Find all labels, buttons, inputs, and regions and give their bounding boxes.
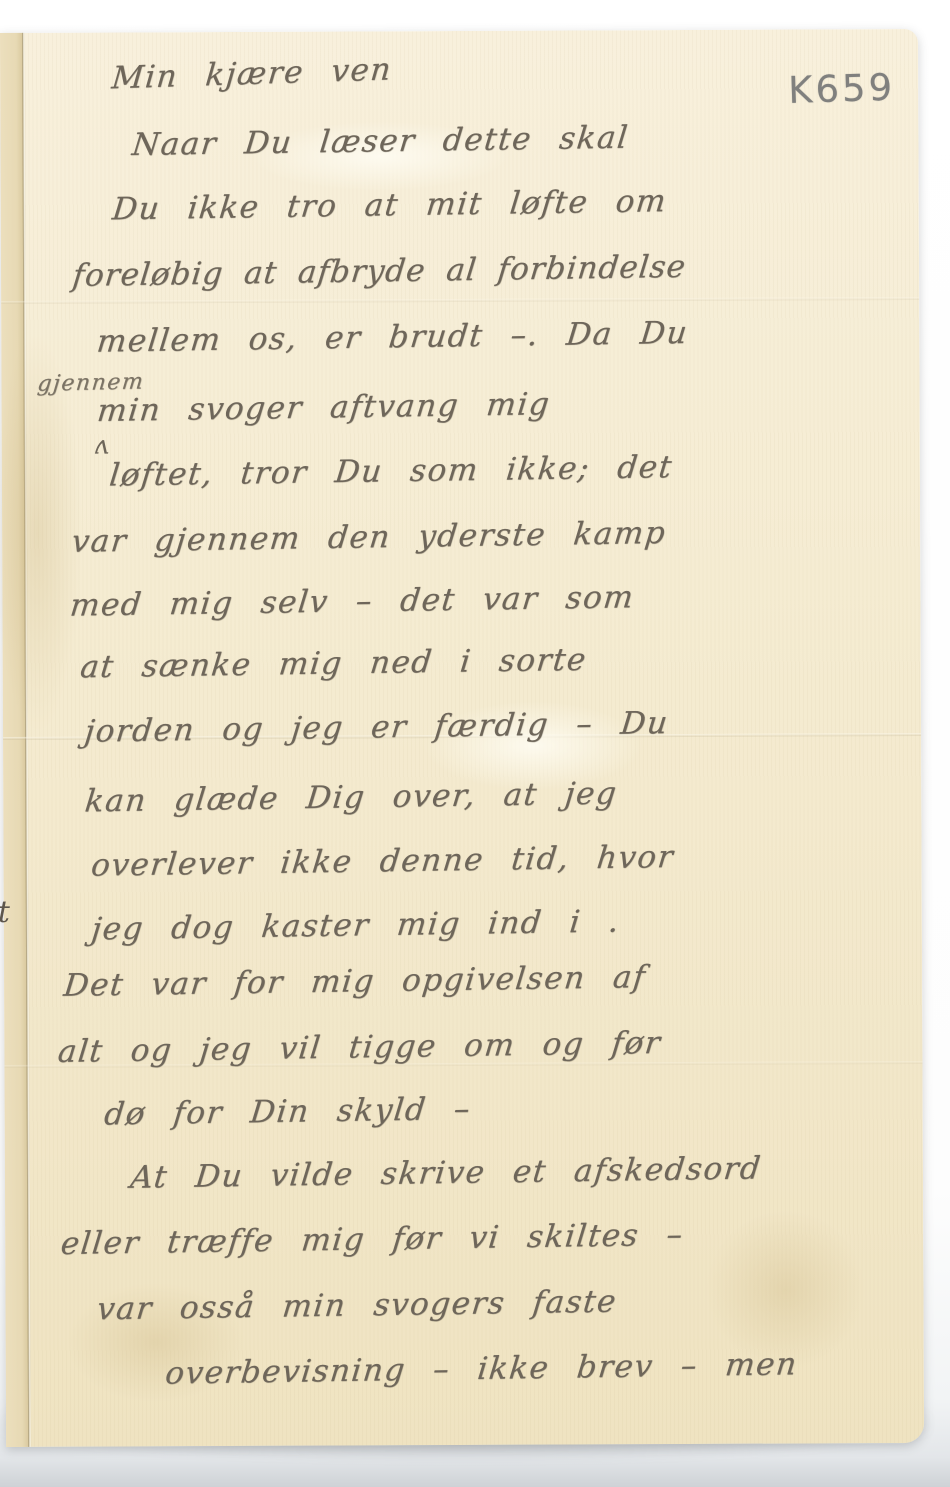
handwritten-line: mellem os, er brudt –. Da Du <box>95 315 690 360</box>
insertion-caret: ʌ <box>94 431 109 461</box>
handwritten-line: var gjennem den yderste kamp <box>70 515 668 560</box>
handwritten-line: overbevisning – ikke brev – men <box>164 1346 800 1391</box>
handwritten-line: At Du vilde skrive et afskedsord <box>129 1150 764 1195</box>
scanner-background: K659 Min kjære ven Naar Du læser dette s… <box>0 0 950 1487</box>
left-edge-mark: t <box>0 895 10 930</box>
handwritten-line: kan glæde Dig over, at jeg <box>83 776 619 820</box>
handwritten-line: Det var for mig opgivelsen af <box>62 959 648 1004</box>
handwritten-line: eller træffe mig før vi skiltes – <box>59 1217 686 1262</box>
handwritten-line: Du ikke tro at mit løfte om <box>110 183 668 227</box>
handwritten-line: foreløbig at afbryde al forbindelse <box>71 249 688 294</box>
handwritten-line: var osså min svogers faste <box>95 1284 619 1328</box>
handwritten-line: Naar Du læser dette skal <box>130 120 630 163</box>
handwritten-line: dø for Din skyld – <box>103 1091 473 1132</box>
handwritten-line: jeg dog kaster mig ind i . <box>90 904 622 948</box>
letter-page: K659 Min kjære ven Naar Du læser dette s… <box>0 29 924 1447</box>
horizontal-crease <box>1 297 919 304</box>
handwritten-line: løftet, tror Du som ikke; det <box>108 449 675 493</box>
catalog-number: K659 <box>788 66 896 112</box>
handwritten-line: min svoger aftvang mig <box>95 386 552 429</box>
handwritten-line: med mig selv – det var som <box>68 579 636 623</box>
handwritten-line: Min kjære ven <box>110 51 393 96</box>
handwritten-line: overlever ikke denne tid, hvor <box>89 839 676 884</box>
handwritten-line: jorden og jeg er færdig – Du <box>83 705 671 750</box>
handwritten-line: at sænke mig ned i sorte <box>79 642 589 686</box>
